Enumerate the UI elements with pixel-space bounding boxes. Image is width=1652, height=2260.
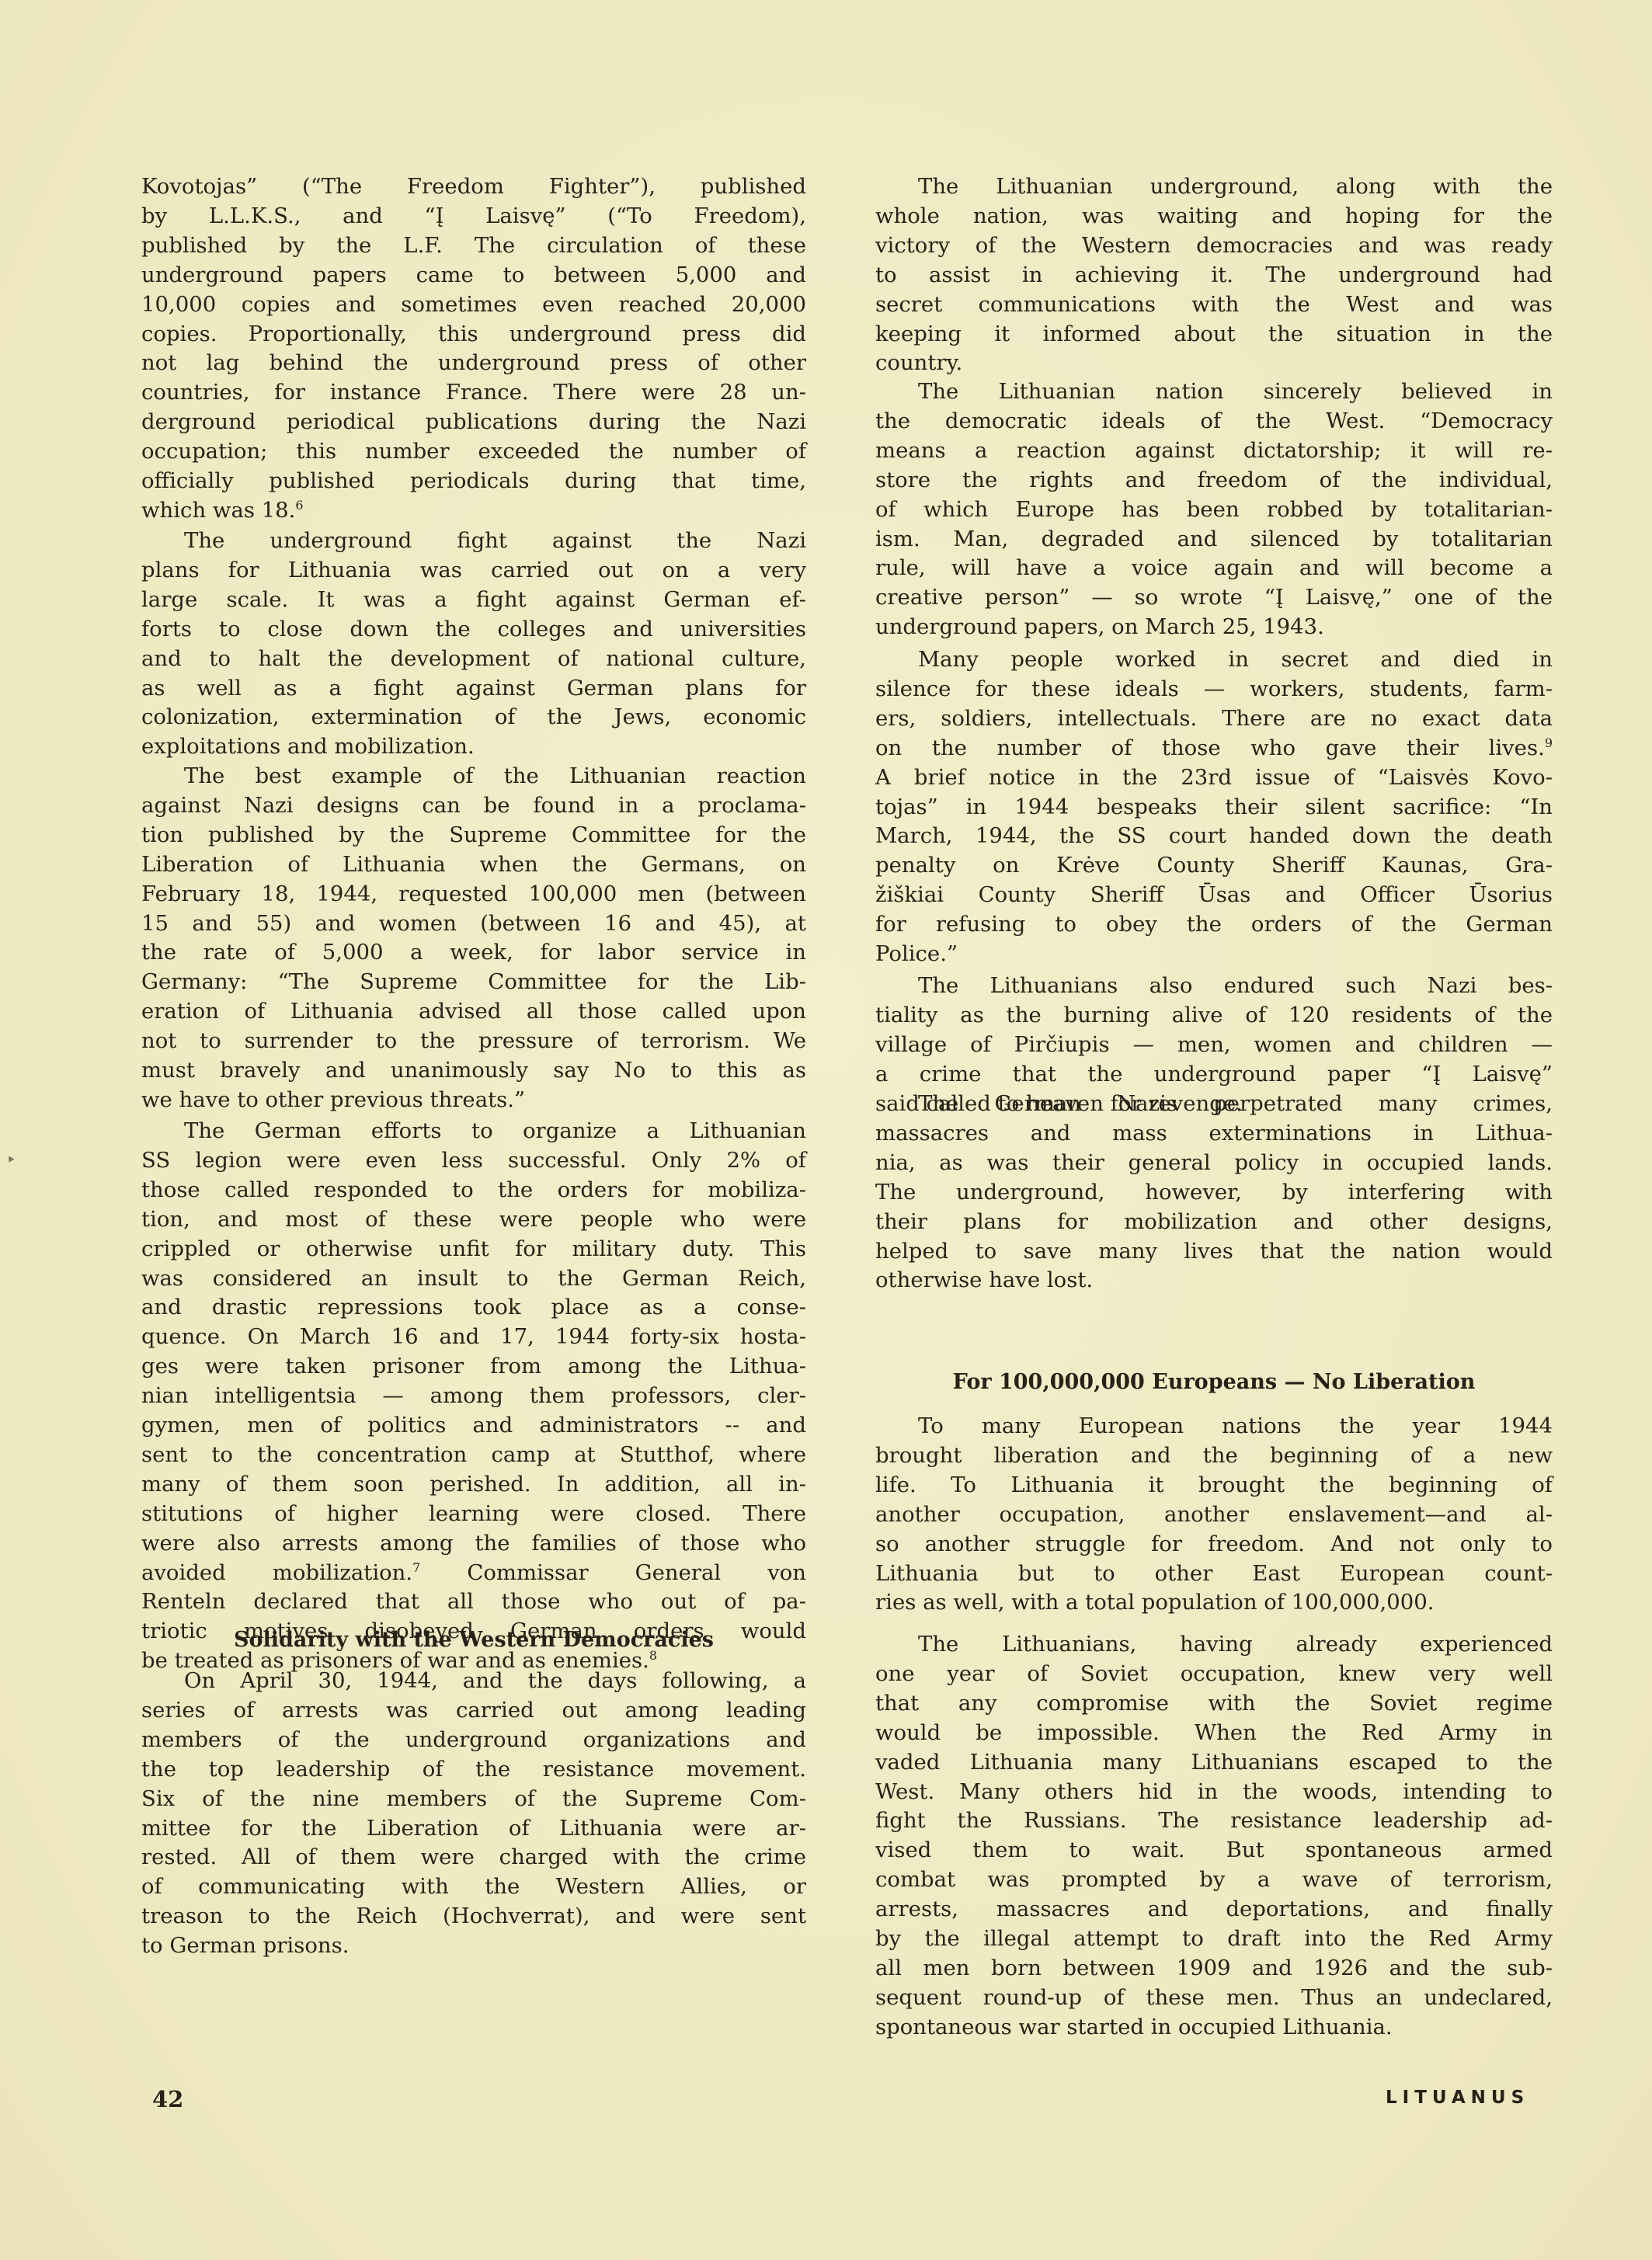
text-line: a crime that the underground paper “Į La… [875,1059,1553,1089]
text-line: their plans for mobilization and other d… [875,1207,1553,1236]
text-line: whole nation, was waiting and hoping for… [875,201,1553,231]
text-line: The Lithuanian underground, along with t… [918,172,1553,201]
text-line: The German efforts to organize a Lithuan… [184,1116,806,1146]
text-line: vised them to wait. But spontaneous arme… [875,1835,1553,1865]
text-line: all men born between 1909 and 1926 and t… [875,1953,1553,1983]
magazine-page: Kovotojas” (“The Freedom Fighter”), publ… [0,0,1652,2260]
text-line: ges were taken prisoner from among the L… [141,1351,806,1381]
text-line: sequent round-up of these men. Thus an u… [875,1983,1553,2012]
text-line: so another struggle for freedom. And not… [875,1529,1553,1559]
text-line: members of the underground organizations… [141,1725,806,1754]
section-heading: For 100,000,000 Europeans — No Liberatio… [875,1368,1553,1397]
text-line: tion published by the Supreme Committee … [141,820,806,850]
text-line: countries, for instance France. There we… [141,377,806,407]
text-line: The best example of the Lithuanian react… [184,761,806,791]
text-line: spontaneous war started in occupied Lith… [875,2012,1553,2042]
text-line: The German Nazis perpetrated many crimes… [918,1089,1553,1118]
text-line: On April 30, 1944, and the days followin… [184,1666,806,1695]
text-line: nia, as was their general policy in occu… [875,1148,1553,1177]
text-line: store the rights and freedom of the indi… [875,465,1553,495]
text-line: The underground fight against the Nazi [184,526,806,555]
text-line: Lithuania but to other East European cou… [875,1559,1553,1588]
page-number: 42 [152,2086,183,2112]
text-line: another occupation, another enslavement—… [875,1500,1553,1529]
text-line: quence. On March 16 and 17, 1944 forty-s… [141,1322,806,1351]
text-line: penalty on Krėve County Sheriff Kaunas, … [875,850,1553,880]
text-line: and drastic repressions took place as a … [141,1292,806,1322]
text-line: stitutions of higher learning were close… [141,1499,806,1528]
text-line: West. Many others hid in the woods, inte… [875,1777,1553,1806]
text-line: as well as a fight against German plans … [141,673,806,703]
text-line: published by the L.F. The circulation of… [141,231,806,260]
text-line: Kovotojas” (“The Freedom Fighter”), publ… [141,172,806,201]
text-line: sent to the concentration camp at Stutth… [141,1440,806,1469]
text-line: treason to the Reich (Hochverrat), and w… [141,1901,806,1931]
text-line: creative person” — so wrote “Į Laisvę,” … [875,582,1553,612]
text-line: Germany: “The Supreme Committee for the … [141,967,806,996]
text-line: plans for Lithuania was carried out on a… [141,555,806,585]
text-line: silence for these ideals — workers, stud… [875,674,1553,704]
footnote-reference: 9 [1545,735,1553,750]
text-line: to German prisons. [141,1931,806,1960]
text-line: would be impossible. When the Red Army i… [875,1718,1553,1747]
text-line: large scale. It was a fight against Germ… [141,585,806,614]
footnote-reference: 6 [295,498,303,513]
section-heading: Solidarity with the Western Democracies [141,1625,806,1655]
text-line: colonization, extermination of the Jews,… [141,702,806,732]
text-line: tiality as the burning alive of 120 resi… [875,1000,1553,1030]
text-line: avoided mobilization.7 Commissar General… [141,1558,806,1587]
text-line: Liberation of Lithuania when the Germans… [141,850,806,879]
text-line: the democratic ideals of the West. “Demo… [875,406,1553,436]
text-line: rested. All of them were charged with th… [141,1842,806,1872]
text-line: and to halt the development of national … [141,644,806,673]
text-line: not to surrender to the pressure of terr… [141,1026,806,1055]
text-line: ism. Man, degraded and silenced by total… [875,524,1553,554]
text-line: otherwise have lost. [875,1265,1553,1295]
text-line: many of them soon perished. In addition,… [141,1469,806,1499]
text-line: we have to other previous threats.” [141,1085,806,1114]
text-line: The Lithuanian nation sincerely believed… [918,377,1553,406]
running-head-journal-title: LITUANUS [1386,2088,1529,2108]
text-line: derground periodical publications during… [141,407,806,436]
text-line: series of arrests was carried out among … [141,1695,806,1725]
text-line: by the illegal attempt to draft into the… [875,1924,1553,1953]
text-line: the rate of 5,000 a week, for labor serv… [141,937,806,967]
text-line: eration of Lithuania advised all those c… [141,996,806,1026]
text-line: To many European nations the year 1944 [918,1411,1553,1441]
text-line: A brief notice in the 23rd issue of “Lai… [875,763,1553,792]
text-line: copies. Proportionally, this underground… [141,319,806,349]
text-line: village of Pirčiupis — men, women and ch… [875,1030,1553,1059]
text-line: 10,000 copies and sometimes even reached… [141,290,806,319]
text-line: that any compromise with the Soviet regi… [875,1688,1553,1718]
text-line: tion, and most of these were people who … [141,1205,806,1234]
text-line: which was 18.6 [141,495,806,525]
text-line: of communicating with the Western Allies… [141,1872,806,1901]
text-line: combat was prompted by a wave of terrori… [875,1865,1553,1894]
text-line: žiškiai County Sheriff Ūsas and Officer … [875,880,1553,909]
text-line: fight the Russians. The resistance leade… [875,1806,1553,1835]
text-line: gymen, men of politics and administrator… [141,1410,806,1440]
text-line: The Lithuanians also endured such Nazi b… [918,971,1553,1000]
text-line: 15 and 55) and women (between 16 and 45)… [141,909,806,938]
text-line: Renteln declared that all those who out … [141,1587,806,1616]
text-line: secret communications with the West and … [875,290,1553,319]
text-line: of which Europe has been robbed by total… [875,495,1553,524]
text-line: Many people worked in secret and died in [918,645,1553,674]
text-line: ries as well, with a total population of… [875,1587,1553,1617]
text-line: brought liberation and the beginning of … [875,1441,1553,1470]
text-line: occupation; this number exceeded the num… [141,436,806,466]
text-line: against Nazi designs can be found in a p… [141,791,806,820]
text-line: the top leadership of the resistance mov… [141,1754,806,1784]
text-line: Six of the nine members of the Supreme C… [141,1784,806,1813]
text-line: helped to save many lives that the natio… [875,1236,1553,1266]
text-line: on the number of those who gave their li… [875,733,1553,763]
text-line: February 18, 1944, requested 100,000 men… [141,879,806,909]
text-line: SS legion were even less successful. Onl… [141,1146,806,1175]
text-line: massacres and mass exterminations in Lit… [875,1118,1553,1148]
text-line: rule, will have a voice again and will b… [875,553,1553,582]
text-line: life. To Lithuania it brought the beginn… [875,1470,1553,1500]
text-line: country. [875,348,1553,377]
text-line: vaded Lithuania many Lithuanians escaped… [875,1747,1553,1777]
text-line: underground papers, on March 25, 1943. [875,612,1553,641]
text-line: tojas” in 1944 bespeaks their silent sac… [875,792,1553,822]
text-line: underground papers came to between 5,000… [141,260,806,290]
text-line: exploitations and mobilization. [141,732,806,761]
text-line: crippled or otherwise unfit for military… [141,1234,806,1264]
text-line: must bravely and unanimously say No to t… [141,1055,806,1085]
text-line: not lag behind the underground press of … [141,348,806,377]
text-line: were also arrests among the families of … [141,1528,806,1558]
footnote-reference: 7 [412,1560,420,1575]
text-line: keeping it informed about the situation … [875,319,1553,349]
text-line: victory of the Western democracies and w… [875,231,1553,260]
text-line: those called responded to the orders for… [141,1175,806,1205]
text-line: mittee for the Liberation of Lithuania w… [141,1813,806,1843]
text-line: to assist in achieving it. The undergrou… [875,260,1553,290]
text-line: one year of Soviet occupation, knew very… [875,1659,1553,1688]
text-line: The Lithuanians, having already experien… [918,1629,1553,1659]
text-line: arrests, massacres and deportations, and… [875,1894,1553,1924]
text-line: Police.” [875,939,1553,968]
text-line: The underground, however, by interfering… [875,1177,1553,1207]
text-line: means a reaction against dictatorship; i… [875,436,1553,465]
text-line: was considered an insult to the German R… [141,1264,806,1293]
text-line: for refusing to obey the orders of the G… [875,909,1553,939]
text-line: forts to close down the colleges and uni… [141,614,806,644]
margin-mark-icon: ‣ [6,1151,16,1170]
text-line: by L.L.K.S., and “Į Laisvę” (“To Freedom… [141,201,806,231]
text-line: ers, soldiers, intellectuals. There are … [875,704,1553,733]
text-line: officially published periodicals during … [141,466,806,495]
text-line: nian intelligentsia — among them profess… [141,1381,806,1410]
text-line: March, 1944, the SS court handed down th… [875,821,1553,850]
